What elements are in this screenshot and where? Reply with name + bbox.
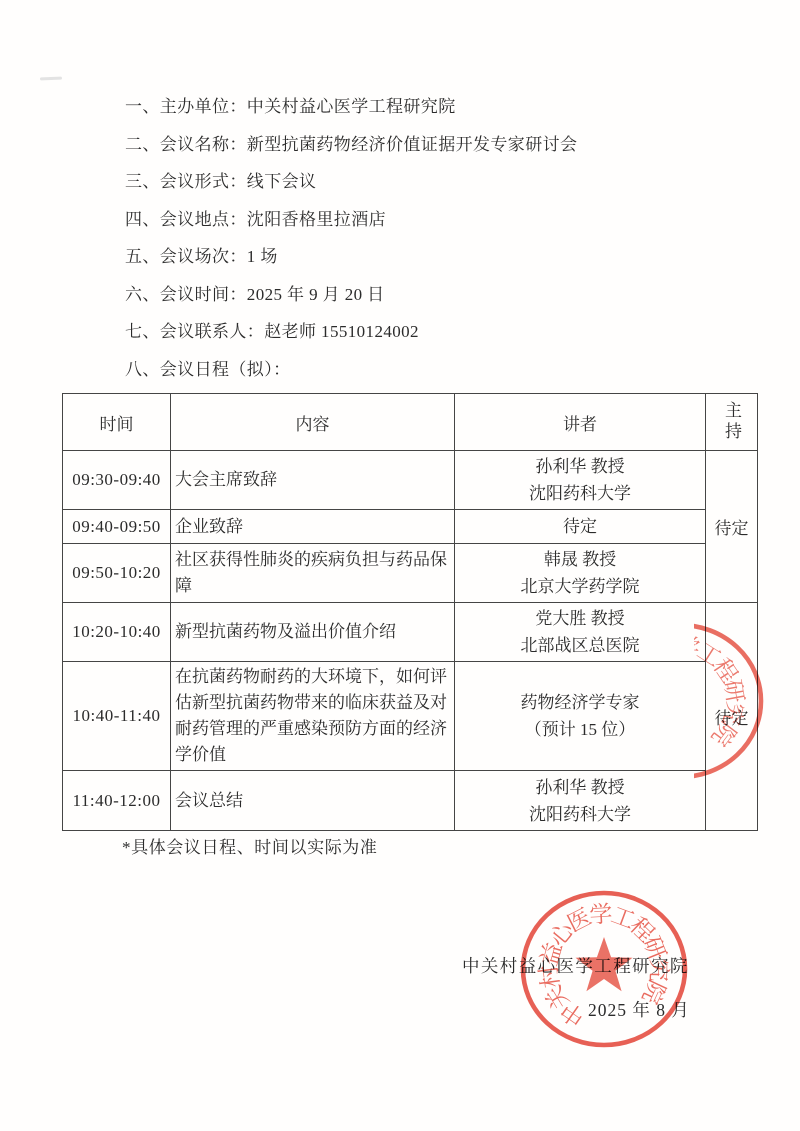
agenda-header-row: 时间 内容 讲者 主持 [63, 394, 758, 451]
table-row: 09:40-09:50 企业致辞 待定 [63, 510, 758, 544]
speaker-name: 孙利华 教授 [459, 774, 701, 801]
scan-smudge [40, 77, 62, 81]
agenda-time: 09:30-09:40 [63, 451, 171, 510]
footer-organization: 中关村益心医学工程研究院 [462, 953, 689, 978]
speaker-affiliation: 北部战区总医院 [459, 632, 701, 659]
svg-text:心: 心 [545, 917, 580, 951]
speaker-name: 韩晟 教授 [459, 546, 701, 573]
agenda-content: 社区获得性肺炎的疾病负担与药品保障 [171, 544, 455, 603]
header-time: 时间 [63, 394, 171, 451]
agenda-speaker: 党大胜 教授 北部战区总医院 [455, 603, 706, 662]
speaker-name: 孙利华 教授 [459, 453, 701, 480]
agenda-speaker: 待定 [455, 510, 706, 544]
agenda-content: 企业致辞 [171, 510, 455, 544]
speaker-affiliation: 沈阳药科大学 [459, 801, 701, 828]
speaker-affiliation: 沈阳药科大学 [459, 480, 701, 507]
svg-text:医: 医 [564, 904, 596, 937]
table-row: 10:40-11:40 在抗菌药物耐药的大环境下，如何评估新型抗菌药物带来的临床… [63, 662, 758, 771]
info-item-host-org: 一、主办单位：中关村益心医学工程研究院 [125, 88, 725, 126]
speaker-name: 党大胜 教授 [459, 605, 701, 632]
agenda-table: 时间 内容 讲者 主持 09:30-09:40 大会主席致辞 孙利华 教授 沈阳… [62, 393, 758, 831]
speaker-affiliation: 北京大学药学院 [459, 573, 701, 600]
info-item-meeting-agenda: 八、会议日程（拟）： [125, 351, 725, 389]
header-content: 内容 [171, 394, 455, 451]
agenda-time: 09:40-09:50 [63, 510, 171, 544]
svg-text:工: 工 [608, 902, 638, 933]
info-item-meeting-name: 二、会议名称：新型抗菌药物经济价值证据开发专家研讨会 [125, 126, 725, 164]
info-item-meeting-sessions: 五、会议场次：1 场 [125, 238, 725, 276]
info-item-meeting-time: 六、会议时间：2025 年 9 月 20 日 [125, 276, 725, 314]
agenda-time: 11:40-12:00 [63, 771, 171, 831]
speaker-name: 药物经济学专家 [459, 689, 701, 716]
info-item-meeting-place: 四、会议地点：沈阳香格里拉酒店 [125, 201, 725, 239]
agenda-content: 新型抗菌药物及溢出价值介绍 [171, 603, 455, 662]
agenda-host-cell-2: 待定 [706, 603, 758, 831]
agenda-time: 10:20-10:40 [63, 603, 171, 662]
agenda-speaker: 孙利华 教授 沈阳药科大学 [455, 451, 706, 510]
document-page: 一、主办单位：中关村益心医学工程研究院 二、会议名称：新型抗菌药物经济价值证据开… [0, 0, 800, 1131]
agenda-speaker: 药物经济学专家 （预计 15 位） [455, 662, 706, 771]
table-row: 11:40-12:00 会议总结 孙利华 教授 沈阳药科大学 [63, 771, 758, 831]
agenda-host-cell-1: 待定 [706, 451, 758, 603]
header-host: 主持 [706, 394, 758, 451]
agenda-content: 在抗菌药物耐药的大环境下，如何评估新型抗菌药物带来的临床获益及对耐药管理的严重感… [171, 662, 455, 771]
agenda-content: 会议总结 [171, 771, 455, 831]
info-item-meeting-format: 三、会议形式：线下会议 [125, 163, 725, 201]
svg-text:程: 程 [625, 913, 659, 947]
agenda-footnote: *具体会议日程、时间以实际为准 [122, 833, 378, 858]
header-host-label: 主持 [723, 401, 740, 443]
speaker-count: （预计 15 位） [459, 716, 701, 743]
agenda-speaker: 孙利华 教授 沈阳药科大学 [455, 771, 706, 831]
svg-text:学: 学 [589, 901, 613, 927]
info-item-meeting-contact: 七、会议联系人：赵老师 15510124002 [125, 313, 725, 351]
agenda-speaker: 韩晟 教授 北京大学药学院 [455, 544, 706, 603]
agenda-time: 10:40-11:40 [63, 662, 171, 771]
footer-date: 2025 年 8 月 [588, 997, 690, 1022]
table-row: 09:50-10:20 社区获得性肺炎的疾病负担与药品保障 韩晟 教授 北京大学… [63, 544, 758, 603]
header-speaker: 讲者 [455, 394, 706, 451]
meeting-info-list: 一、主办单位：中关村益心医学工程研究院 二、会议名称：新型抗菌药物经济价值证据开… [125, 88, 725, 388]
table-row: 10:20-10:40 新型抗菌药物及溢出价值介绍 党大胜 教授 北部战区总医院… [63, 603, 758, 662]
agenda-content: 大会主席致辞 [171, 451, 455, 510]
svg-text:关: 关 [541, 981, 574, 1014]
svg-text:中: 中 [556, 997, 589, 1031]
agenda-time: 09:50-10:20 [63, 544, 171, 603]
table-row: 09:30-09:40 大会主席致辞 孙利华 教授 沈阳药科大学 待定 [63, 451, 758, 510]
